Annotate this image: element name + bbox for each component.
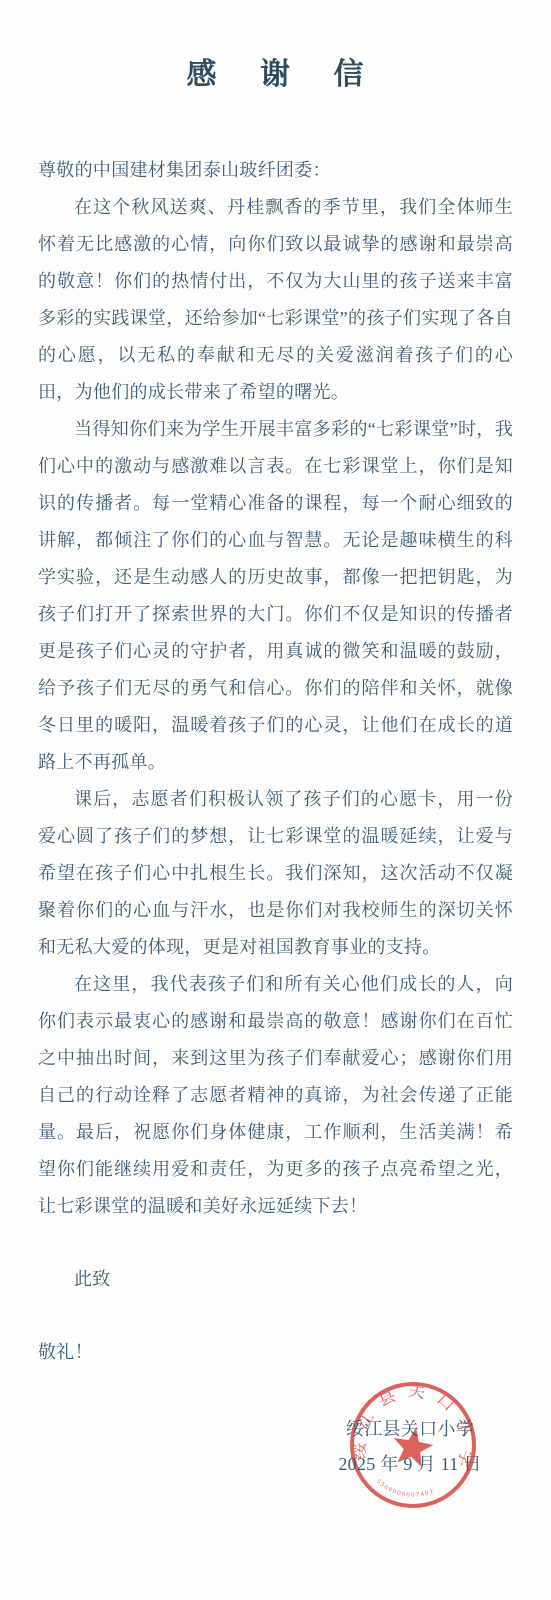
body-paragraph-2: 当得知你们来为学生开展丰富多彩的“七彩课堂”时，我们心中的激动与感激难以言表。在… <box>38 411 513 781</box>
signature-date: 2025 年 9 月 11 日 <box>334 1447 486 1482</box>
closing-jingli: 敬礼！ <box>38 1334 513 1371</box>
signature-block: 绥江县关口小学 5300006007401 绥江县关口小学 2025 年 9 月… <box>38 1379 513 1559</box>
letter-title: 感 谢 信 <box>38 54 513 96</box>
thank-you-letter-page: 感 谢 信 尊敬的中国建材集团泰山玻纤团委： 在这个秋风送爽、丹桂飘香的季节里，… <box>0 0 551 1600</box>
body-paragraph-3: 课后，志愿者们积极认领了孩子们的心愿卡，用一份爱心圆了孩子们的梦想，让七彩课堂的… <box>38 781 513 966</box>
body-paragraph-4: 在这里，我代表孩子们和所有关心他们成长的人，向你们表示最衷心的感谢和最崇高的敬意… <box>38 966 513 1225</box>
signature-text: 绥江县关口小学 2025 年 9 月 11 日 <box>334 1412 486 1482</box>
salutation: 尊敬的中国建材集团泰山玻纤团委： <box>38 152 513 189</box>
closing-cizhi: 此致 <box>38 1261 513 1298</box>
body-paragraph-1: 在这个秋风送爽、丹桂飘香的季节里，我们全体师生怀着无比感激的心情，向你们致以最诚… <box>38 189 513 411</box>
signature-school: 绥江县关口小学 <box>334 1412 486 1447</box>
